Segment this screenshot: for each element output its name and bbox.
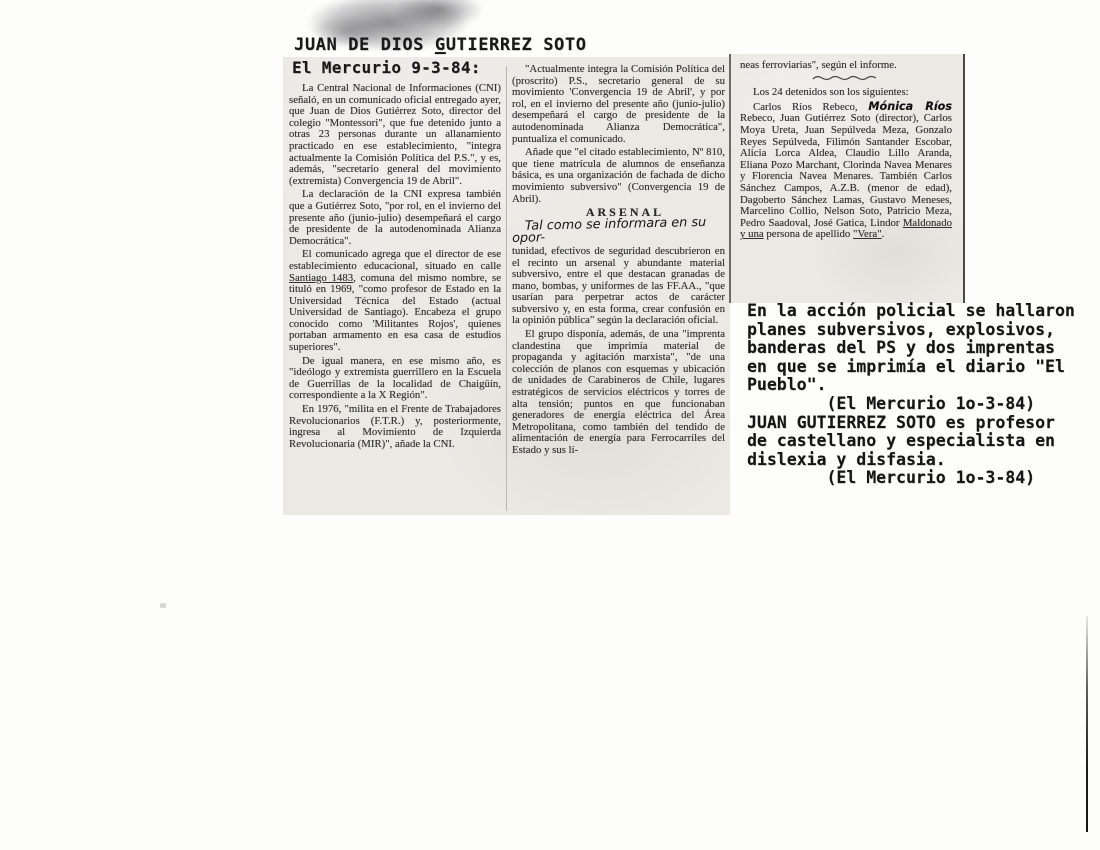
paragraph-text: persona de apellido — [764, 228, 853, 240]
article-paragraph: La Central Nacional de Informaciones (CN… — [289, 83, 501, 187]
handwritten-name: Mónica Ríos — [868, 100, 952, 113]
article-column-3: neas ferroviarias", según el informe. Lo… — [740, 60, 952, 243]
typed-line: En la acción policial se hallaron — [747, 302, 1075, 321]
scanned-clipping-page: JUAN DE DIOS GUTIERREZ SOTO El Mercurio … — [0, 0, 1100, 850]
squiggle-divider — [740, 74, 952, 86]
typed-line: banderas del PS y dos imprentas — [747, 339, 1075, 358]
handwritten-annotation: Tal como se informara en su opor- — [512, 216, 725, 244]
article-paragraph: En 1976, "milita en el Frente de Trabaja… — [289, 404, 501, 450]
paragraph-text: Rebeco, Juan Gutiérrez Soto (director), … — [740, 112, 952, 228]
article-paragraph: El comunicado agrega que el director de … — [289, 249, 501, 353]
typewritten-note: En la acción policial se hallaron planes… — [747, 302, 1075, 488]
typed-line: Pueblo". — [747, 376, 1075, 395]
typed-line-citation: (El Mercurio 1o-3-84) — [747, 395, 1075, 414]
article-paragraph: neas ferroviarias", según el informe. — [740, 60, 952, 72]
page-title: JUAN DE DIOS GUTIERREZ SOTO — [294, 35, 587, 55]
source-citation: El Mercurio 9-3-84: — [292, 58, 481, 77]
article-paragraph: La declaración de la CNI expresa también… — [289, 189, 501, 247]
article-column-1: La Central Nacional de Informaciones (CN… — [289, 83, 501, 452]
article-column-2: "Actualmente integra la Comisión Polític… — [512, 64, 725, 459]
typed-line: dislexia y disfasia. — [747, 451, 1075, 470]
squiggle-icon — [811, 74, 881, 82]
typed-line-citation: (El Mercurio 1o-3-84) — [747, 469, 1075, 488]
scan-edge-artifact — [1086, 616, 1088, 832]
typed-line: en que se imprimía el diario "El — [747, 358, 1075, 377]
paragraph-text: El comunicado agrega que el director de … — [289, 248, 501, 272]
scan-speck — [160, 603, 166, 608]
article-paragraph: Los 24 detenidos son los siguientes: — [740, 87, 952, 99]
paragraph-text: Carlos Ríos Rebeco, — [753, 101, 868, 113]
headline-underlined-letter: G — [435, 35, 446, 55]
typed-line: planes subversivos, explosivos, — [747, 321, 1075, 340]
detainees-list-paragraph: Carlos Ríos Rebeco, Mónica Ríos Rebeco, … — [740, 101, 952, 241]
typed-line: de castellano y especialista en — [747, 432, 1075, 451]
typed-line: JUAN GUTIERREZ SOTO es profesor — [747, 414, 1075, 433]
headline-text: JUAN DE DIOS — [294, 35, 435, 55]
underlined-alias: "Vera" — [853, 228, 882, 240]
paragraph-text: . — [882, 228, 885, 240]
article-paragraph: Añade que "el citado establecimiento, Nº… — [512, 147, 725, 205]
article-paragraph: De igual manera, en ese mismo año, es "i… — [289, 356, 501, 402]
article-paragraph: "Actualmente integra la Comisión Polític… — [512, 64, 725, 145]
article-paragraph: tunidad, efectivos de seguridad descubri… — [512, 246, 725, 327]
column-divider — [506, 66, 507, 511]
headline-text-end: UTIERREZ SOTO — [446, 35, 587, 55]
underlined-address: Santiago 1483 — [289, 272, 353, 284]
paragraph-text: , comuna del mismo nombre, se tituló en … — [289, 272, 501, 354]
article-paragraph: El grupo disponía, además, de una "impre… — [512, 329, 725, 457]
